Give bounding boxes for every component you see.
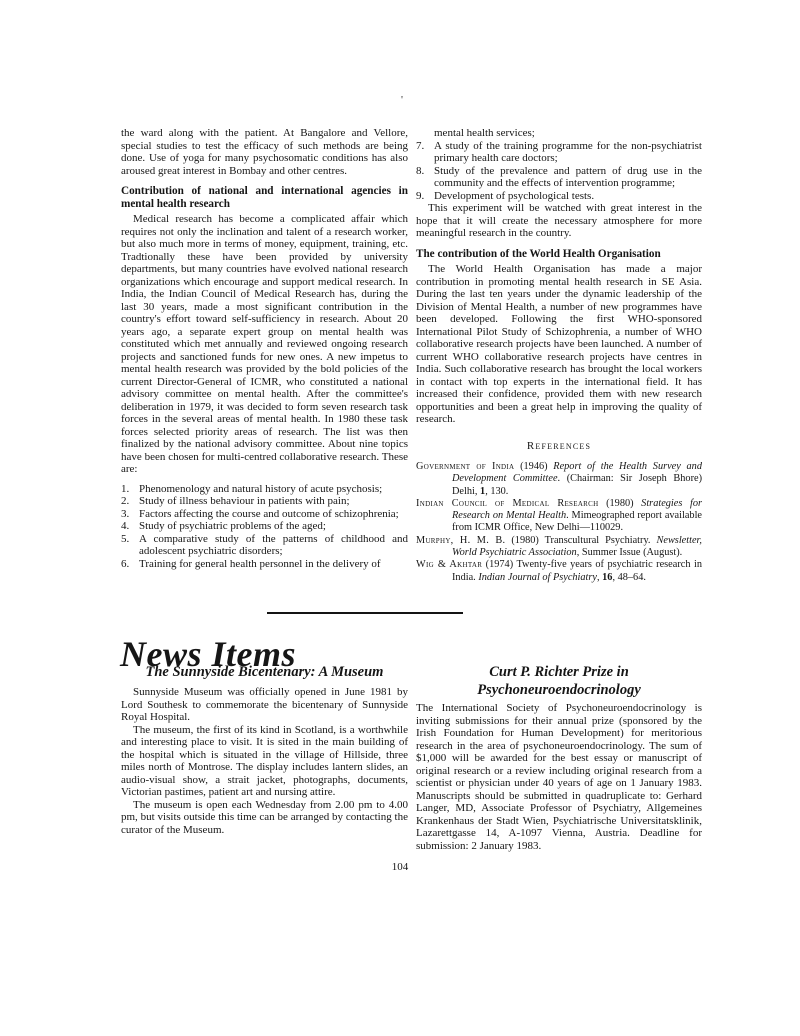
list-item-text: A comparative study of the patterns of c… [139,533,408,558]
list-item: 5. A comparative study of the patterns o… [121,533,408,558]
news-paragraph: The museum, the first of its kind in Sco… [121,724,408,799]
list-item-number: 7. [416,140,434,165]
reference-item: Indian Council of Medical Research (1980… [416,498,702,535]
list-item-number: 9. [416,190,434,203]
list-item-number: 5. [121,533,139,558]
references-heading: References [416,440,702,453]
closing-paragraph: This experiment will be watched with gre… [416,202,702,240]
list-item: 4. Study of psychiatric problems of the … [121,520,408,533]
section-divider-rule [267,612,463,614]
list-item-number: 4. [121,520,139,533]
section-heading-national-agencies: Contribution of national and internation… [121,185,408,210]
list-item: 8. Study of the prevalence and pattern o… [416,165,702,190]
body-paragraph: The World Health Organisation has made a… [416,263,702,426]
list-item-number: 2. [121,495,139,508]
list-item-text: Study of the prevalence and pattern of d… [434,165,702,190]
intro-paragraph: the ward along with the patient. At Bang… [121,127,408,177]
list-item-text: Factors affecting the course and outcome… [139,508,408,521]
news-item-title-sunnyside: The Sunnyside Bicentenary: A Museum [121,663,408,681]
title-line-2: Psychoneuroendocrinology [416,681,702,699]
list-item-number: 3. [121,508,139,521]
article-right-column: mental health services; 7. A study of th… [416,127,702,584]
list-item: 9. Development of psychological tests. [416,190,702,203]
list-item-text: Phenomenology and natural history of acu… [139,483,408,496]
list-item-number: 6. [121,558,139,571]
list-continuation: mental health services; [416,127,702,140]
title-line-1: Curt P. Richter Prize in [416,663,702,681]
news-right-column: Curt P. Richter Prize in Psychoneuroendo… [416,663,702,852]
journal-page: ' the ward along with the patient. At Ba… [0,0,800,1036]
list-item: 6. Training for general health personnel… [121,558,408,571]
body-paragraph: Medical research has become a complicate… [121,213,408,476]
list-item: 1. Phenomenology and natural history of … [121,483,408,496]
reference-item: Government of India (1946) Report of the… [416,461,702,498]
list-item-number: 8. [416,165,434,190]
reference-item: Wig & Akhtar (1974) Twenty-five years of… [416,559,702,584]
section-heading-who-contribution: The contribution of the World Health Org… [416,248,702,261]
news-paragraph: Sunnyside Museum was officially opened i… [121,686,408,724]
article-left-column: the ward along with the patient. At Bang… [121,127,408,570]
list-item: 7. A study of the training programme for… [416,140,702,165]
news-left-column: The Sunnyside Bicentenary: A Museum Sunn… [121,663,408,836]
news-item-title-richter-prize: Curt P. Richter Prize in Psychoneuroendo… [416,663,702,699]
priority-topics-list: 1. Phenomenology and natural history of … [121,483,408,571]
list-item-text: Study of illness behaviour in patients w… [139,495,408,508]
page-number: 104 [0,861,800,873]
news-paragraph: The International Society of Psychoneuro… [416,702,702,852]
list-item-text: Study of psychiatric problems of the age… [139,520,408,533]
news-paragraph: The museum is open each Wednesday from 2… [121,799,408,837]
list-item: 3. Factors affecting the course and outc… [121,508,408,521]
priority-topics-list-continued: 7. A study of the training programme for… [416,140,702,203]
list-item-number: 1. [121,483,139,496]
list-item-text: Training for general health personnel in… [139,558,408,571]
references-list: Government of India (1946) Report of the… [416,461,702,584]
reference-item: Murphy, H. M. B. (1980) Transcultural Ps… [416,535,702,560]
stray-scan-mark: ' [401,94,403,106]
list-item-text: Development of psychological tests. [434,190,702,203]
list-item-text: A study of the training programme for th… [434,140,702,165]
list-item: 2. Study of illness behaviour in patient… [121,495,408,508]
